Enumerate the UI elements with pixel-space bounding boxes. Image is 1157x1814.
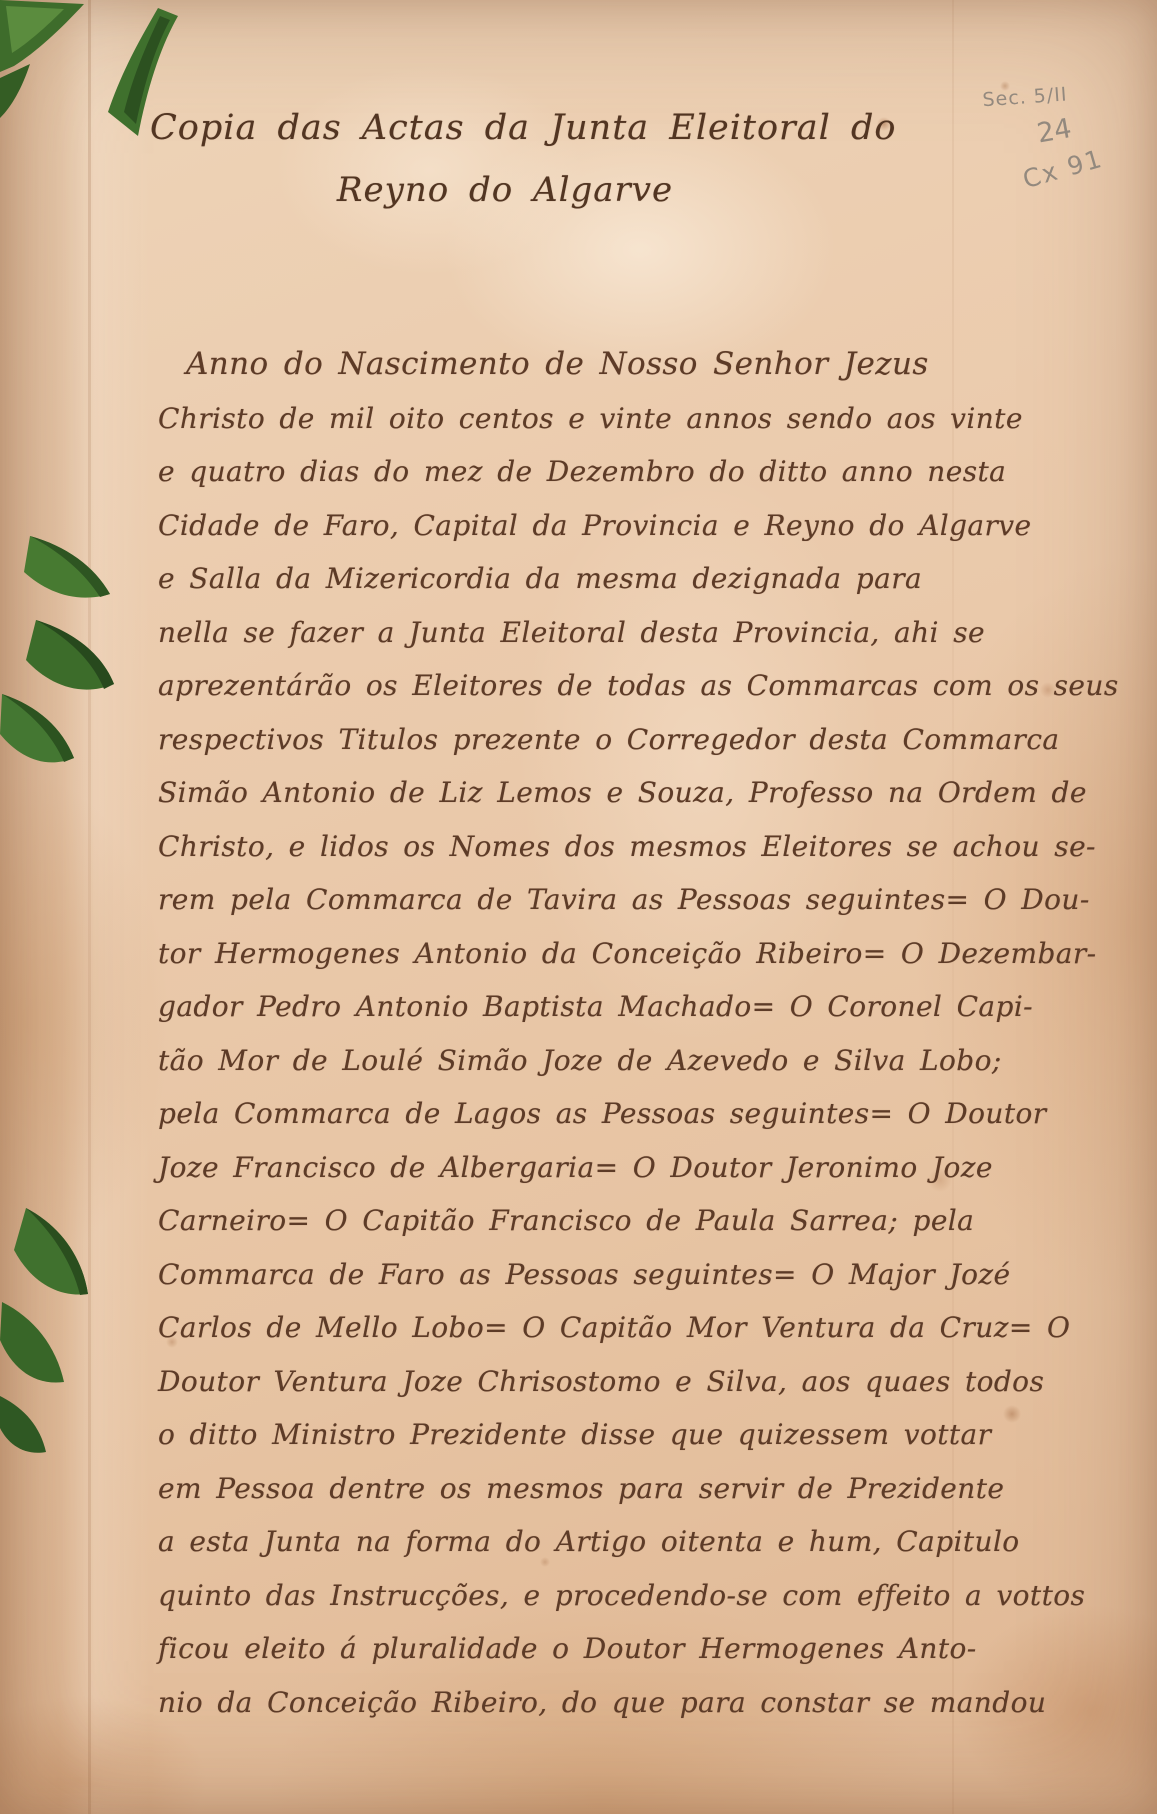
manuscript-line: o ditto Ministro Prezidente disse que qu…: [158, 1408, 1078, 1462]
ribbon-middle-cluster: [0, 536, 114, 762]
manuscript-line: nio da Conceição Ribeiro, do que para co…: [158, 1676, 1078, 1730]
manuscript-line: tão Mor de Loulé Simão Joze de Azevedo e…: [158, 1034, 1078, 1088]
manuscript-line: Doutor Ventura Joze Chrisostomo e Silva,…: [158, 1355, 1078, 1409]
manuscript-line: Carlos de Mello Lobo= O Capitão Mor Vent…: [158, 1301, 1078, 1355]
manuscript-line: gador Pedro Antonio Baptista Machado= O …: [158, 980, 1078, 1034]
manuscript-line: Simão Antonio de Liz Lemos e Souza, Prof…: [158, 766, 1078, 820]
manuscript-line: e quatro dias do mez de Dezembro do ditt…: [158, 445, 1078, 499]
manuscript-line: em Pessoa dentre os mesmos para servir d…: [158, 1462, 1078, 1516]
manuscript-line: nella se fazer a Junta Eleitoral desta P…: [158, 606, 1078, 660]
manuscript-line: respectivos Titulos prezente o Corregedo…: [158, 713, 1078, 767]
manuscript-line: a esta Junta na forma do Artigo oitenta …: [158, 1515, 1078, 1569]
manuscript-line: e Salla da Mizericordia da mesma dezigna…: [158, 552, 1078, 606]
document-title: Copia das Actas da Junta Eleitoral do Re…: [150, 108, 860, 210]
title-line-1: Copia das Actas da Junta Eleitoral do: [150, 108, 860, 148]
title-line-2: Reyno do Algarve: [150, 170, 860, 210]
archival-mark-box: Cx 91: [1020, 134, 1139, 194]
manuscript-line: quinto das Instrucções, e procedendo-se …: [158, 1569, 1078, 1623]
fold-crease: [88, 0, 91, 1814]
manuscript-line: pela Commarca de Lagos as Pessoas seguin…: [158, 1087, 1078, 1141]
manuscript-line: Carneiro= O Capitão Francisco de Paula S…: [158, 1194, 1078, 1248]
manuscript-line: Joze Francisco de Albergaria= O Doutor J…: [158, 1141, 1078, 1195]
manuscript-line: Christo, e lidos os Nomes dos mesmos Ele…: [158, 820, 1078, 874]
archival-marks: Sec. 5/II 24 Cx 91: [982, 79, 1138, 185]
manuscript-line: rem pela Commarca de Tavira as Pessoas s…: [158, 873, 1078, 927]
manuscript-line: aprezentárão os Eleitores de todas as Co…: [158, 659, 1078, 713]
ribbon-top-left-corner: [0, 0, 84, 118]
manuscript-line: Anno do Nascimento de Nosso Senhor Jezus: [158, 338, 1078, 392]
manuscript-line: Christo de mil oito centos e vinte annos…: [158, 392, 1078, 446]
manuscript-line: ficou eleito á pluralidade o Doutor Herm…: [158, 1622, 1078, 1676]
manuscript-line: tor Hermogenes Antonio da Conceição Ribe…: [158, 927, 1078, 981]
ribbon-lower-cluster: [0, 1208, 88, 1453]
manuscript-page: Sec. 5/II 24 Cx 91 Copia das Actas da Ju…: [0, 0, 1157, 1814]
manuscript-body: Anno do Nascimento de Nosso Senhor Jezus…: [158, 338, 1078, 1729]
manuscript-line: Cidade de Faro, Capital da Provincia e R…: [158, 499, 1078, 553]
manuscript-line: Commarca de Faro as Pessoas seguintes= O…: [158, 1248, 1078, 1302]
